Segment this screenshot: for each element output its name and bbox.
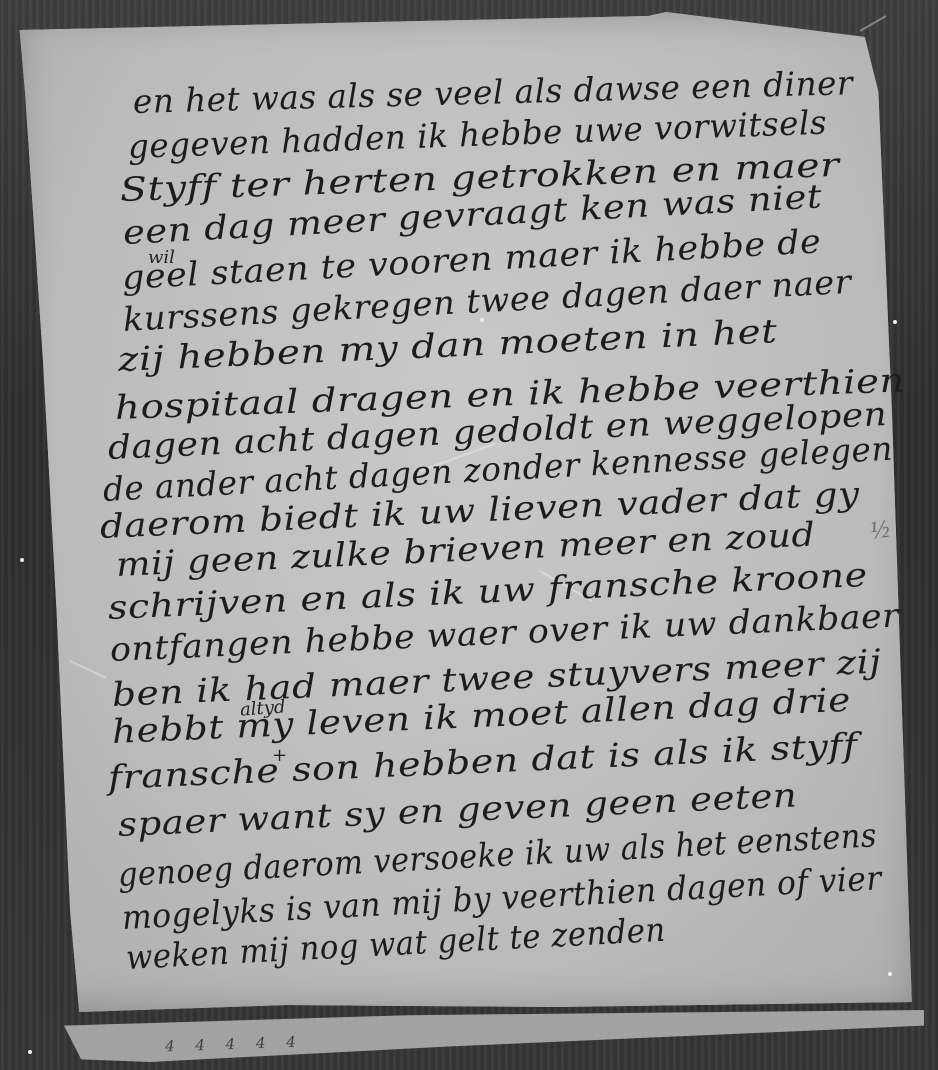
pencil-margin-note: ½ [868, 514, 891, 546]
dust-speck [893, 320, 897, 324]
dust-speck [20, 558, 24, 562]
dust-speck [888, 972, 892, 976]
dust-speck [28, 1050, 32, 1054]
